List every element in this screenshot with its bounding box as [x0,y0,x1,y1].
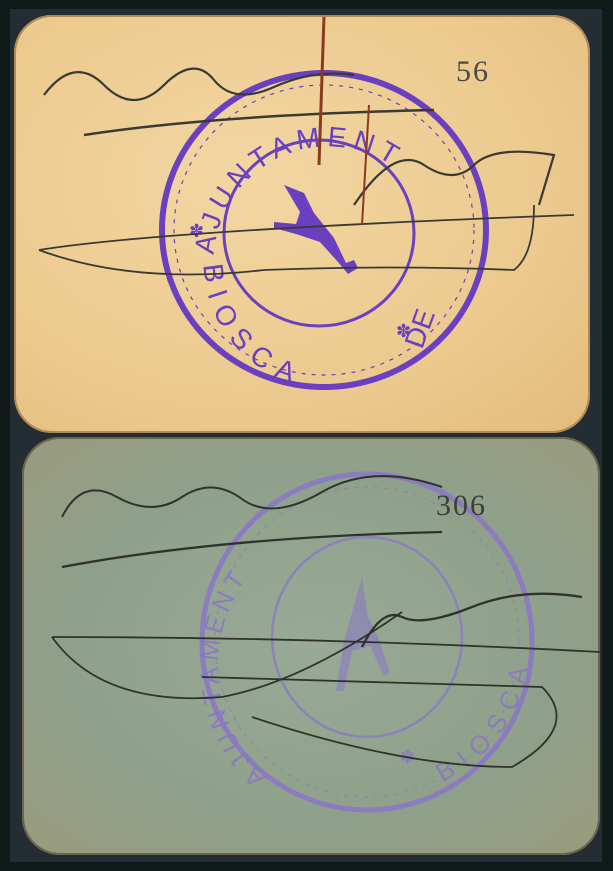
svg-text:✽: ✽ [396,321,411,341]
svg-text:AJUNTAMENT: AJUNTAMENT [189,121,410,256]
scrip-card-bottom: AJUNTAMENT BIOSCA ✽ 306 [22,437,600,855]
svg-text:✽: ✽ [189,221,204,241]
scrip-card-top: AJUNTAMENT DE BIOSCA ✽ ✽ 56 [14,15,590,433]
stamp-top: AJUNTAMENT DE BIOSCA ✽ ✽ [14,15,590,433]
leaping-dog-icon [274,185,358,274]
svg-text:BIOSCA: BIOSCA [430,654,535,788]
serial-number: 306 [436,489,487,523]
serial-number: 56 [456,55,490,89]
stamp-bottom: AJUNTAMENT BIOSCA ✽ [22,437,600,855]
leaping-dog-icon [336,577,390,691]
